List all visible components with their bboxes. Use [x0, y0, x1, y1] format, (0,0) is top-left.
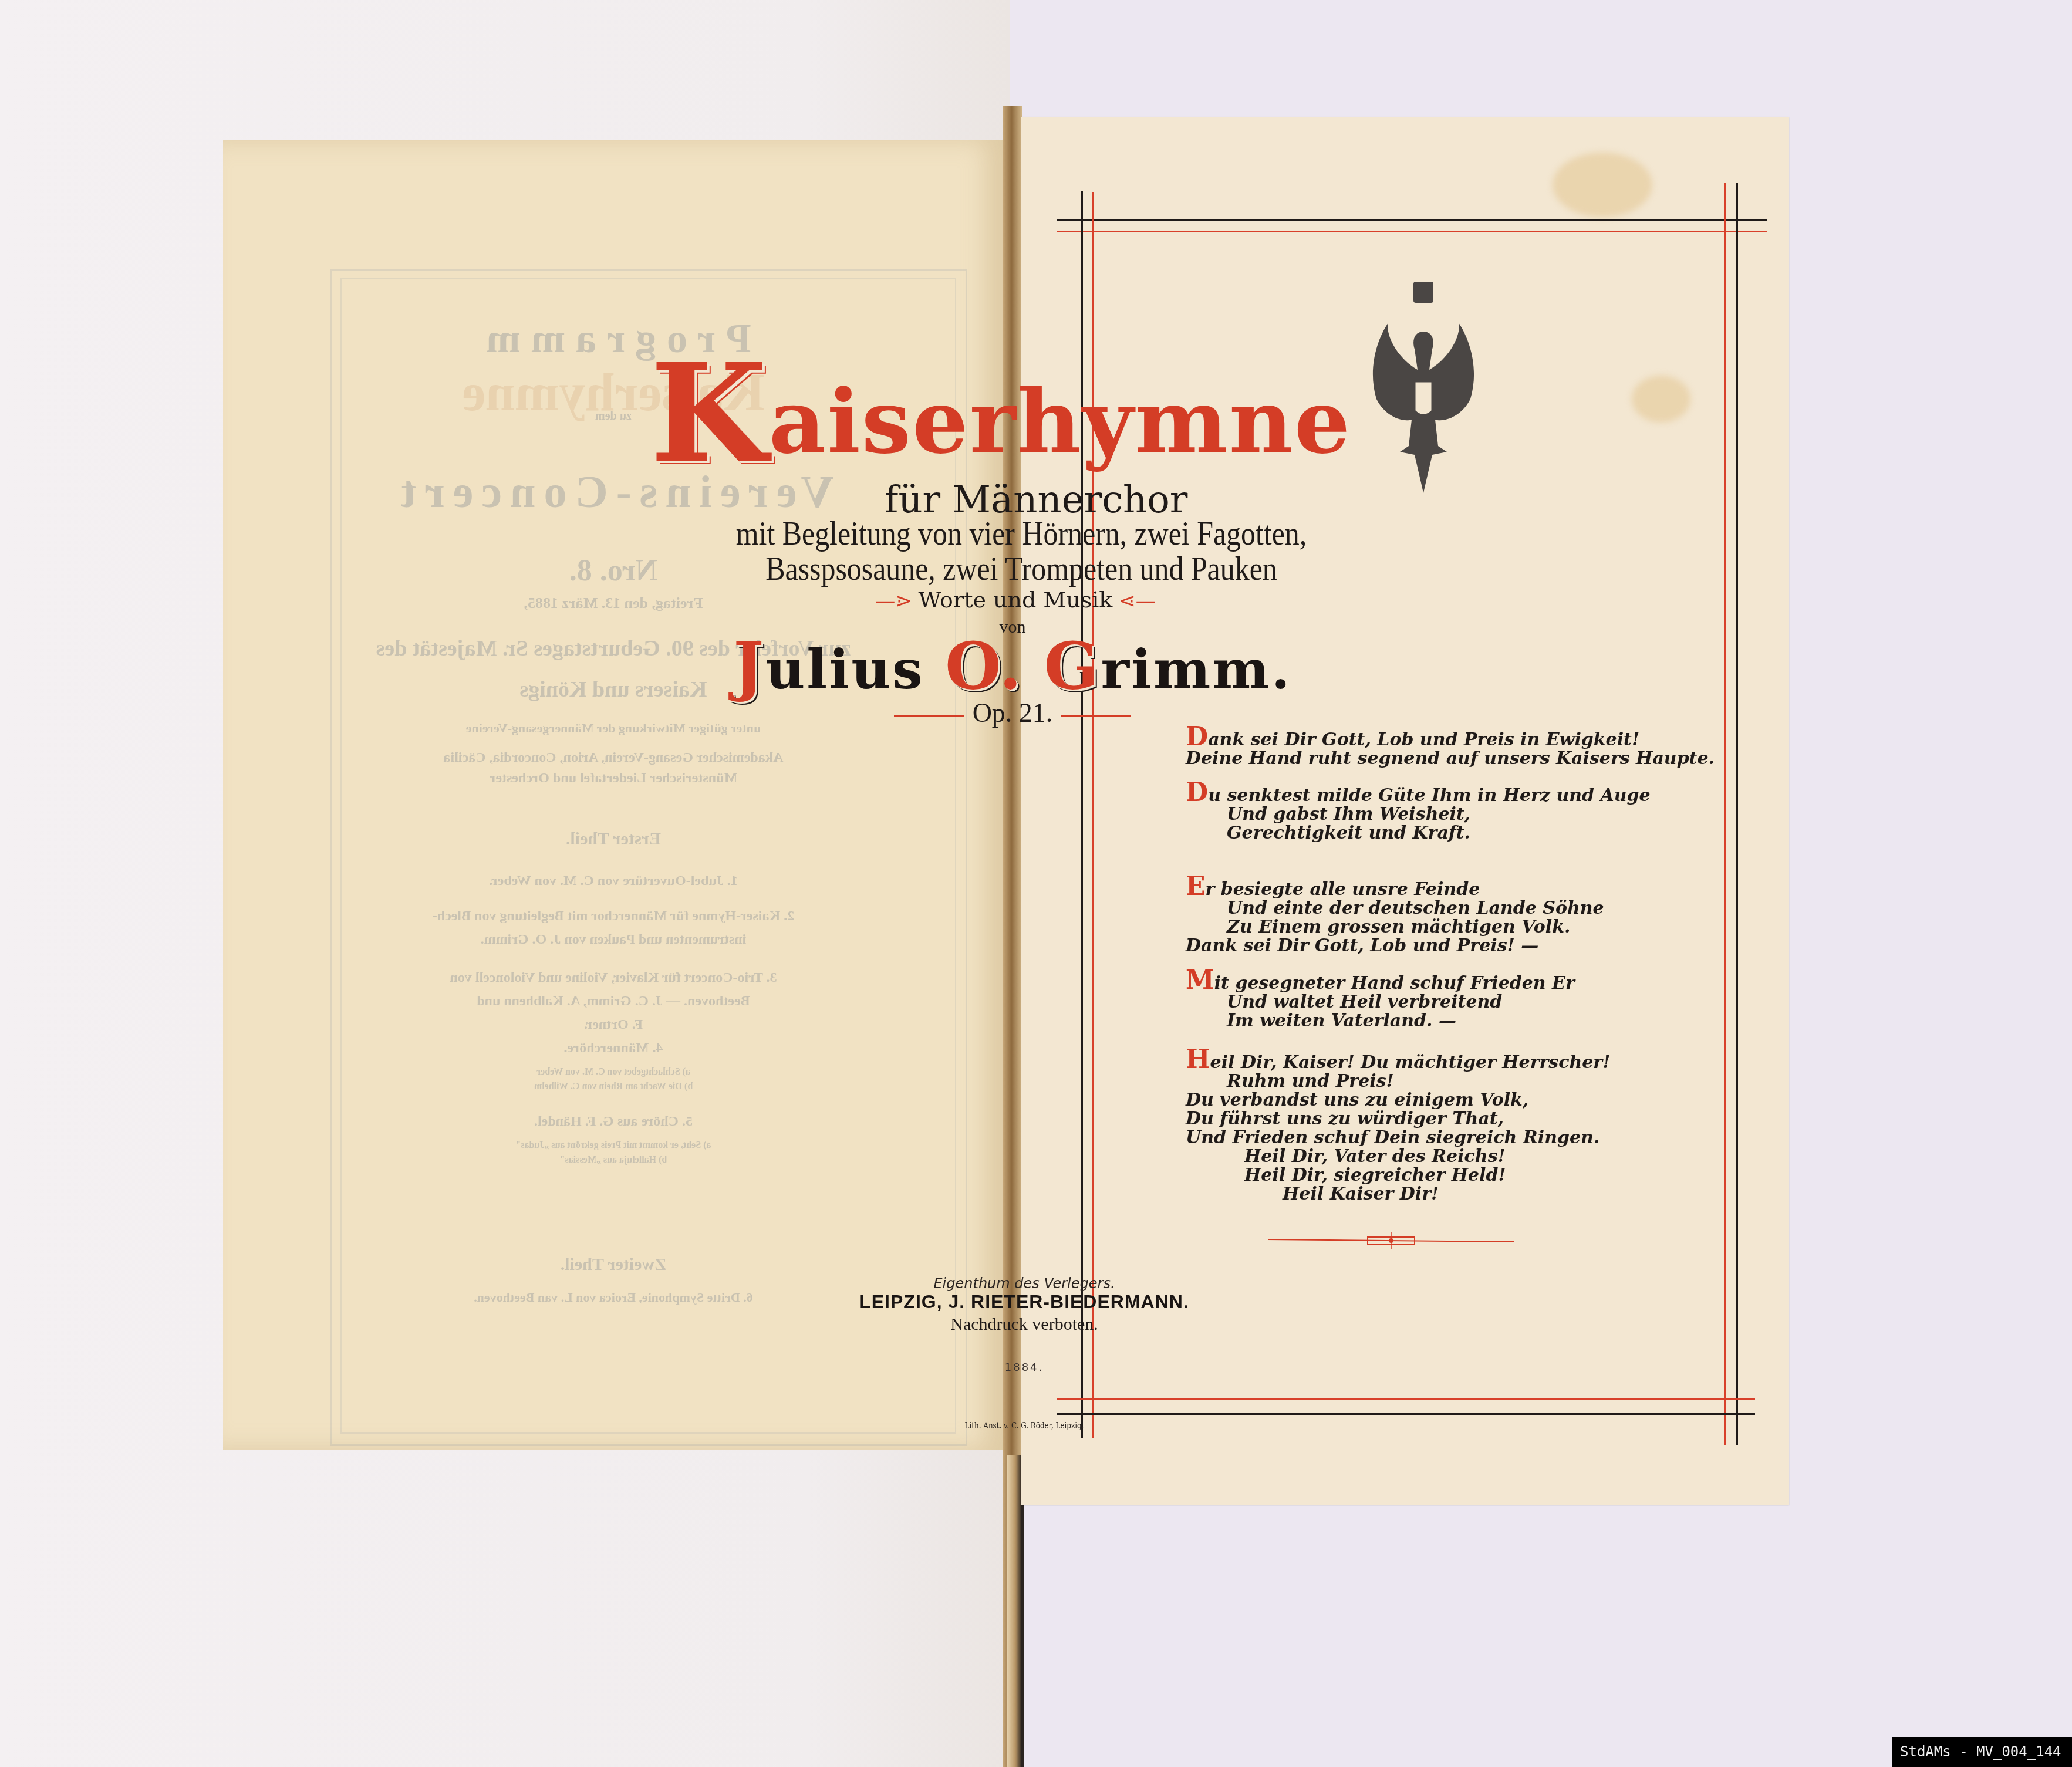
lithographer-credit: Lith. Anst. v. C. G. Röder, Leipzig.: [144, 1421, 1905, 1431]
publisher: LEIPZIG, J. RIETER-BIEDERMANN.: [0, 1291, 2060, 1313]
publication-year: 1884.: [0, 1361, 2060, 1374]
property-notice: Eigenthum des Verlegers.: [0, 1275, 2060, 1292]
reprint-notice: Nachdruck verboten.: [0, 1315, 2060, 1334]
imprint: Eigenthum des Verlegers. LEIPZIG, J. RIE…: [0, 0, 2072, 1767]
archive-label: StdAMs - MV_004_144: [1892, 1737, 2072, 1767]
